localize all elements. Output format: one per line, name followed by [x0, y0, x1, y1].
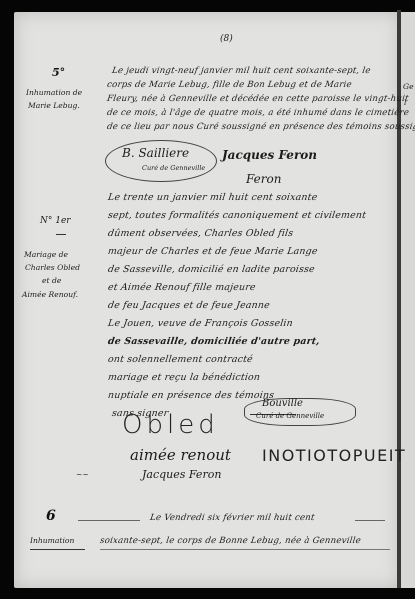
margin-title: Aimée Renouf. [22, 290, 78, 299]
entry-line: soixante-sept, le corps de Bonne Lebug, … [99, 536, 361, 546]
signature: Jacques Feron [142, 468, 221, 481]
signature: Jacques Feron [222, 148, 317, 162]
entry-line: de Sasseville, domicilié en ladite paroi… [107, 264, 315, 275]
entry-line: de Sassevaille, domiciliée d'autre part, [107, 336, 320, 347]
margin-title: et de [42, 276, 61, 285]
divider [30, 549, 85, 550]
entry-line: sept, toutes formalités canoniquement et… [107, 210, 367, 221]
entry-line: Le Vendredi six février mil huit cent [149, 513, 315, 523]
entry-line: nuptiale en présence des témoins [107, 390, 275, 401]
flourish [355, 520, 385, 521]
margin-title: Inhumation de [26, 88, 82, 97]
entry-number: N° 1er [40, 216, 71, 226]
adjacent-fragment: Ge [403, 82, 414, 91]
entry-line: Le jeudi vingt-neuf janvier mil huit cen… [111, 66, 371, 76]
signature: Curé de Genneville [142, 164, 205, 172]
page-number: (8) [220, 34, 233, 44]
flourish [78, 520, 140, 521]
signature: Curé de Genneville [256, 412, 324, 420]
entry-line: et Aimée Renouf fille majeure [107, 282, 256, 293]
margin-title: Charles Obled [25, 263, 80, 272]
entry-line: de feu Jacques et de feue Jeanne [107, 300, 270, 311]
entry-line: de ce lieu par nous Curé soussigné en pr… [106, 122, 415, 132]
entry-line: dûment observées, Charles Obled fils [107, 228, 294, 239]
margin-title: Marie Lebug. [28, 101, 80, 110]
entry-line: mariage et reçu la bénédiction [107, 372, 261, 383]
signature: Feron [246, 172, 281, 186]
stamp-mark: INOTIOTOPUEIT [262, 446, 406, 465]
entry-line: Le trente un janvier mil huit cent soixa… [107, 192, 318, 203]
signature: Bouville [262, 398, 303, 409]
mark: ~~ [76, 470, 89, 479]
signature: Obled [122, 410, 219, 440]
entry-line: Le Jouen, veuve de François Gosselin [107, 318, 293, 329]
margin-title: Mariage de [24, 250, 68, 259]
signature: aimée renout [130, 446, 231, 464]
entry-line: corps de Marie Lebug, fille de Bon Lebug… [106, 80, 352, 90]
margin-title: Inhumation [30, 536, 74, 545]
signature: B. Sailliere [122, 146, 189, 160]
entry-line: de ce mois, à l'âge de quatre mois, a ét… [106, 108, 409, 118]
divider [56, 234, 66, 235]
underline [100, 549, 390, 550]
entry-number: 6 [46, 508, 56, 524]
entry-line: ont solennellement contracté [107, 354, 253, 365]
entry-line: majeur de Charles et de feue Marie Lange [107, 246, 318, 257]
entry-number: 5° [52, 66, 65, 79]
entry-line: Fleury, née à Genneville et décédée en c… [106, 94, 409, 104]
